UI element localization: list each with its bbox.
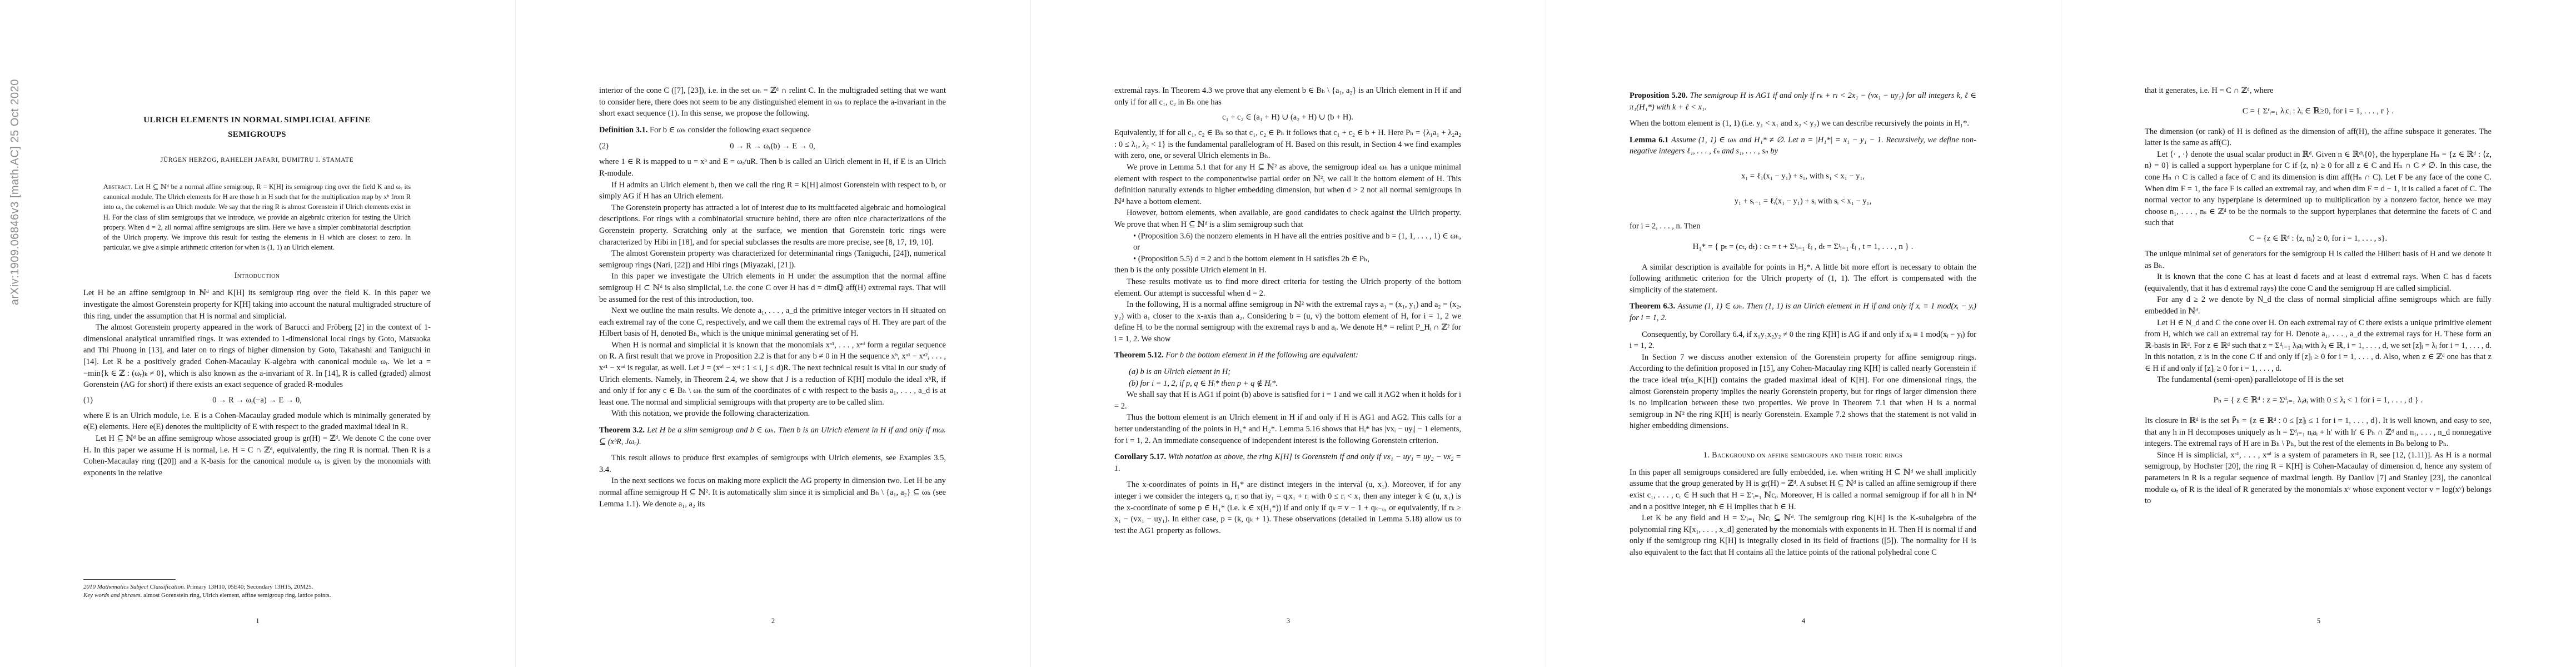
theorem-text: Assume (1, 1) ∈ ωₕ. Then (1, 1) is an Ul… (1630, 302, 1976, 322)
authors: JÜRGEN HERZOG, RAHELEH JAFARI, DUMITRU I… (83, 157, 431, 163)
display-equation: H₁* = { pₜ = (cₜ, dₜ) : cₜ = t + Σᵗᵢ₌₁ ℓ… (1630, 241, 1976, 253)
theorem-label: Theorem 6.3. (1630, 302, 1677, 311)
paragraph: It is known that the cone C has at least… (2145, 271, 2492, 294)
display-equation: (2)0 → R → ωᵣ(b) → E → 0, (599, 141, 946, 152)
paragraph: When the bottom element is (1, 1) (i.e. … (1630, 118, 1976, 130)
theorem-text: For b ∈ ωₕ consider the following exact … (650, 126, 811, 135)
paragraph: The almost Gorenstein property was chara… (599, 248, 946, 271)
page-4: Proposition 5.20. The semigroup H is AG1… (1546, 0, 2061, 667)
page-text-column: ULRICH ELEMENTS IN NORMAL SIMPLICIAL AFF… (83, 0, 431, 479)
footnote-lead: 2010 Mathematics Subject Classification. (83, 584, 185, 590)
equation-body: C = { Σʳᵢ₌₁ λᵢcᵢ : λᵢ ∈ ℝ≥0, for i = 1, … (2243, 107, 2394, 116)
paragraph: The fundamental (semi-open) parallelotop… (2145, 374, 2492, 386)
page-text-column: Proposition 5.20. The semigroup H is AG1… (1630, 0, 1976, 559)
paragraph: In this paper all semigroups considered … (1630, 467, 1976, 512)
abstract-label: Abstract. (103, 183, 132, 191)
display-equation: Pₕ = { z ∈ ℝᵈ : z = Σᵈᵢ₌₁ λᵢaᵢ with 0 ≤ … (2145, 395, 2492, 406)
paragraph: that it generates, i.e. H = C ∩ ℤᵈ, wher… (2145, 85, 2492, 97)
paragraph: These results motivate us to find more d… (1114, 276, 1461, 299)
page-number: 1 (0, 617, 515, 625)
theorem-label: Corollary 5.17. (1114, 452, 1168, 461)
paragraph: where E is an Ulrich module, i.e. E is a… (83, 410, 431, 433)
paragraph: then b is the only possible Ulrich eleme… (1114, 265, 1461, 276)
paragraph: Its closure in ℝᵈ is the set P̄ₕ = {z ∈ … (2145, 415, 2492, 450)
display-equation: (1)0 → R → ωᵣ(−a) → E → 0, (83, 395, 431, 406)
paragraph: In this paper we investigate the Ulrich … (599, 271, 946, 305)
section-heading: 1. Background on affine semigroups and t… (1630, 451, 1976, 460)
paragraph: Equivalently, if for all c₁, c₂ ∈ Bₕ so … (1114, 127, 1461, 162)
document-canvas: 2010 Mathematics Subject Classification.… (0, 0, 2576, 667)
equation-body: Pₕ = { z ∈ ℝᵈ : z = Σᵈᵢ₌₁ λᵢaᵢ with 0 ≤ … (2214, 396, 2423, 405)
theorem-block: Lemma 6.1 Assume (1, 1) ∈ ωₕ and H₁* ≠ ∅… (1630, 135, 1976, 157)
page-number: 5 (2061, 617, 2576, 625)
paragraph: When H is normal and simplicial it is kn… (599, 340, 946, 409)
paragraph: The dimension (or rank) of H is defined … (2145, 126, 2492, 149)
paragraph: interior of the cone C ([7], [23]), i.e.… (599, 85, 946, 120)
page-2: interior of the cone C ([7], [23]), i.e.… (515, 0, 1030, 667)
paragraph: Next we outline the main results. We den… (599, 305, 946, 340)
display-equation: c₁ + c₂ ∈ (a₁ + H) ∪ (a₂ + H) ∪ (b + H). (1114, 112, 1461, 123)
paragraph: Thus the bottom element is an Ulrich ele… (1114, 412, 1461, 446)
display-equation: C = { Σʳᵢ₌₁ λᵢcᵢ : λᵢ ∈ ℝ≥0, for i = 1, … (2145, 106, 2492, 117)
display-equation: y₁ + sᵢ₋₁ = ℓᵢ(x₁ − y₁) + sᵢ with sᵢ < x… (1630, 196, 1976, 207)
page-number: 2 (516, 617, 1030, 625)
paragraph: The unique minimal set of generators for… (2145, 248, 2492, 271)
paragraph: Let ⟨· , ·⟩ denote the usual scalar prod… (2145, 149, 2492, 229)
paragraph: A similar description is available for p… (1630, 262, 1976, 296)
page-text-column: that it generates, i.e. H = C ∩ ℤᵈ, wher… (2145, 0, 2492, 507)
paragraph: extremal rays. In Theorem 4.3 we prove t… (1114, 85, 1461, 108)
page-1: 2010 Mathematics Subject Classification.… (0, 0, 515, 667)
theorem-block: Proposition 5.20. The semigroup H is AG1… (1630, 90, 1976, 113)
footnote: 2010 Mathematics Subject Classification.… (83, 579, 431, 600)
paragraph: We shall say that H is AG1 if point (b) … (1114, 389, 1461, 412)
paragraph: If H admits an Ulrich element b, then we… (599, 180, 946, 202)
theorem-block: Theorem 6.3. Assume (1, 1) ∈ ωₕ. Then (1… (1630, 301, 1976, 323)
theorem-text: Assume (1, 1) ∈ ωₕ and H₁* ≠ ∅. Let n = … (1630, 136, 1976, 156)
paragraph: In Section 7 we discuss another extensio… (1630, 352, 1976, 432)
paragraph: for i = 2, . . . , n. Then (1630, 221, 1976, 232)
paragraph: This result allows to produce first exam… (599, 452, 946, 475)
equation-number: (1) (83, 395, 93, 406)
paragraph: In the next sections we focus on making … (599, 475, 946, 510)
paper-title: ULRICH ELEMENTS IN NORMAL SIMPLICIAL AFF… (83, 113, 431, 127)
theorem-block: Definition 3.1. For b ∈ ωₕ consider the … (599, 125, 946, 136)
equation-number: (2) (599, 141, 609, 152)
paragraph: Let H be an affine semigroup in ℕᵈ and K… (83, 287, 431, 322)
pages-row: 2010 Mathematics Subject Classification.… (0, 0, 2576, 667)
section-heading: Introduction (83, 271, 431, 281)
page-text-column: extremal rays. In Theorem 4.3 we prove t… (1114, 0, 1461, 536)
page-3: extremal rays. In Theorem 4.3 we prove t… (1030, 0, 1546, 667)
paragraph: With this notation, we provide the follo… (599, 408, 946, 420)
paragraph: Let H ⊆ ℕᵈ be an affine semigroup whose … (83, 433, 431, 479)
page-5: that it generates, i.e. H = C ∩ ℤᵈ, wher… (2061, 0, 2576, 667)
theorem-block: Theorem 3.2. Let H be a slim semigroup a… (599, 425, 946, 447)
paragraph: Since H is simplicial, xᵃ¹, . . . , xᵃᵈ … (2145, 450, 2492, 507)
footnote-line: 2010 Mathematics Subject Classification.… (83, 583, 431, 591)
bullet-item: • (Proposition 3.6) the nonzero elements… (1114, 231, 1461, 253)
footnote-rule (83, 579, 176, 580)
footnote-lead: Key words and phrases. (83, 592, 142, 599)
paragraph: Consequently, by Corollary 6.4, if x₁y₁x… (1630, 329, 1976, 352)
paragraph: Let H ∈ N_d and C the cone over H. On ea… (2145, 317, 2492, 375)
theorem-block: Theorem 5.12. For b the bottom element i… (1114, 350, 1461, 361)
theorem-label: Theorem 5.12. (1114, 351, 1165, 360)
theorem-label: Definition 3.1. (599, 126, 650, 135)
equation-body: x₁ = ℓ₁(x₁ − y₁) + s₁, with s₁ < x₁ − y₁… (1741, 172, 1865, 181)
display-equation: x₁ = ℓ₁(x₁ − y₁) + s₁, with s₁ < x₁ − y₁… (1630, 171, 1976, 182)
paragraph: The x-coordinates of points in H₁* are d… (1114, 479, 1461, 536)
paragraph: Let K be any field and H = Σʳᵢ₌₁ ℕcᵢ ⊆ ℕ… (1630, 512, 1976, 558)
page-number: 3 (1031, 617, 1546, 625)
abstract: Abstract. Let H ⊆ ℕᵈ be a normal affine … (103, 182, 411, 252)
equation-body: C = {z ∈ ℝᵈ : ⟨z, nᵢ⟩ ≥ 0, for i = 1, . … (2249, 234, 2387, 243)
paragraph: We prove in Lemma 5.1 that for any H ⊆ ℕ… (1114, 162, 1461, 207)
page-number: 4 (1546, 617, 2061, 625)
equation-body: 0 → R → ωᵣ(b) → E → 0, (730, 142, 815, 151)
bullet-item: • (Proposition 5.5) d = 2 and b the bott… (1114, 253, 1461, 265)
paragraph: where 1 ∈ R is mapped to u = xᵇ and E = … (599, 156, 946, 179)
page-text-column: interior of the cone C ([7], [23]), i.e.… (599, 0, 946, 510)
equation-body: 0 → R → ωᵣ(−a) → E → 0, (212, 396, 302, 405)
arxiv-watermark: arXiv:1909.06846v3 [math.AC] 25 Oct 2020 (9, 79, 22, 305)
equation-body: H₁* = { pₜ = (cₜ, dₜ) : cₜ = t + Σᵗᵢ₌₁ ℓ… (1693, 242, 1914, 251)
paragraph: For any d ≥ 2 we denote by N_d the class… (2145, 294, 2492, 317)
theorem-text: Let H be a slim semigroup and b ∈ ωₕ. Th… (599, 426, 946, 446)
equation-body: c₁ + c₂ ∈ (a₁ + H) ∪ (a₂ + H) ∪ (b + H). (1222, 113, 1353, 122)
list-item: (b) for i = 1, 2, if p, q ∈ Hᵢ* then p +… (1114, 378, 1461, 390)
display-equation: C = {z ∈ ℝᵈ : ⟨z, nᵢ⟩ ≥ 0, for i = 1, . … (2145, 233, 2492, 245)
paragraph: In the following, H is a normal affine s… (1114, 299, 1461, 345)
theorem-label: Proposition 5.20. (1630, 91, 1690, 100)
paragraph: The almost Gorenstein property appeared … (83, 322, 431, 391)
list-item: (a) b is an Ulrich element in H; (1114, 366, 1461, 378)
paper-title: SEMIGROUPS (83, 127, 431, 142)
theorem-text: For b the bottom element in H the follow… (1165, 351, 1358, 360)
paragraph: However, bottom elements, when available… (1114, 207, 1461, 230)
theorem-label: Lemma 6.1 (1630, 136, 1671, 145)
theorem-block: Corollary 5.17. With notation as above, … (1114, 451, 1461, 474)
footnote-line: Key words and phrases. almost Gorenstein… (83, 591, 431, 600)
equation-body: y₁ + sᵢ₋₁ = ℓᵢ(x₁ − y₁) + sᵢ with sᵢ < x… (1735, 197, 1871, 206)
theorem-label: Theorem 3.2. (599, 426, 647, 435)
paragraph: The Gorenstein property has attracted a … (599, 202, 946, 248)
